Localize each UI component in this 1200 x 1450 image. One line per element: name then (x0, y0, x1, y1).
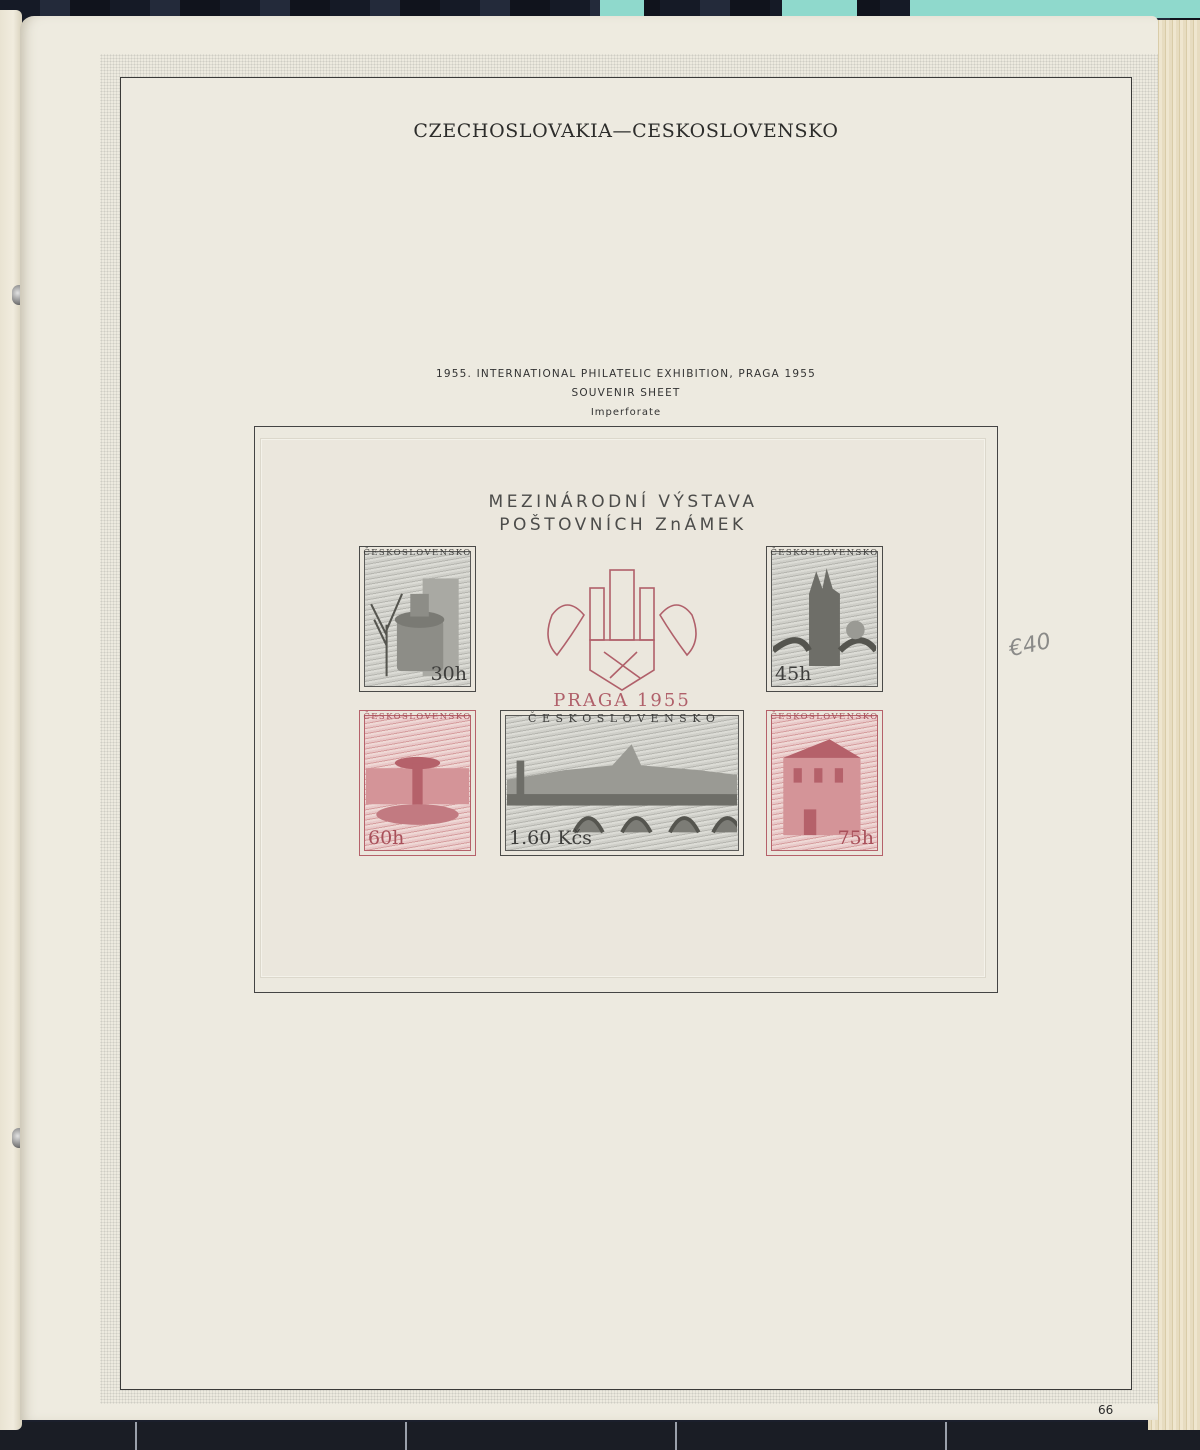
stamp-value: 45h (775, 663, 811, 685)
page-frame: CZECHOSLOVAKIA—CESKOSLOVENSKO 1955. INTE… (120, 77, 1132, 1390)
stamp-75h[interactable]: ČESKOSLOVENSKO 75h (766, 710, 883, 856)
stamp-45h[interactable]: ČESKOSLOVENSKO 45h (766, 546, 883, 692)
svg-text:PRAGA 1955: PRAGA 1955 (553, 690, 691, 710)
page-title: CZECHOSLOVAKIA—CESKOSLOVENSKO (121, 120, 1131, 142)
stamp-country: ČESKOSLOVENSKO (767, 712, 882, 722)
left-page-edge (0, 10, 22, 1430)
binder-cover-bottom (0, 1422, 1200, 1450)
stamp-value: 60h (368, 827, 404, 849)
sheet-title-line2: POŠTOVNÍCH ZnÁMEK (262, 515, 984, 535)
souvenir-sheet[interactable]: MEZINÁRODNÍ VÝSTAVA POŠTOVNÍCH ZnÁMEK ČE… (261, 439, 985, 977)
sheet-title-line1: MEZINÁRODNÍ VÝSTAVA (262, 492, 984, 512)
album-page: CZECHOSLOVAKIA—CESKOSLOVENSKO 1955. INTE… (20, 16, 1158, 1420)
charles-bridge-illustration-icon (507, 727, 737, 842)
stamp-60h[interactable]: ČESKOSLOVENSKO 60h (359, 710, 476, 856)
stamp-value: 30h (431, 663, 467, 685)
stamp-30h[interactable]: ČESKOSLOVENSKO 30h (359, 546, 476, 692)
page-number: 66 (1098, 1403, 1113, 1417)
stamp-value: 75h (838, 827, 874, 849)
stamp-country: Č E S K O S L O V E N S K O (501, 712, 743, 725)
stamp-mount[interactable]: MEZINÁRODNÍ VÝSTAVA POŠTOVNÍCH ZnÁMEK ČE… (254, 426, 998, 993)
stamp-value: 1.60 Kčs (509, 827, 592, 849)
stamp-country: ČESKOSLOVENSKO (767, 548, 882, 558)
perforation-label: Imperforate (121, 407, 1131, 418)
pencil-price-note: €40 (1007, 629, 1053, 662)
praga-1955-emblem-icon: PRAGA 1955 (532, 560, 712, 710)
stamp-country: ČESKOSLOVENSKO (360, 548, 475, 558)
stamp-160kcs[interactable]: Č E S K O S L O V E N S K O 1.60 Kčs (500, 710, 744, 856)
issue-heading: 1955. INTERNATIONAL PHILATELIC EXHIBITIO… (121, 368, 1131, 380)
stamp-country: ČESKOSLOVENSKO (360, 712, 475, 722)
issue-subheading: SOUVENIR SHEET (121, 387, 1131, 399)
